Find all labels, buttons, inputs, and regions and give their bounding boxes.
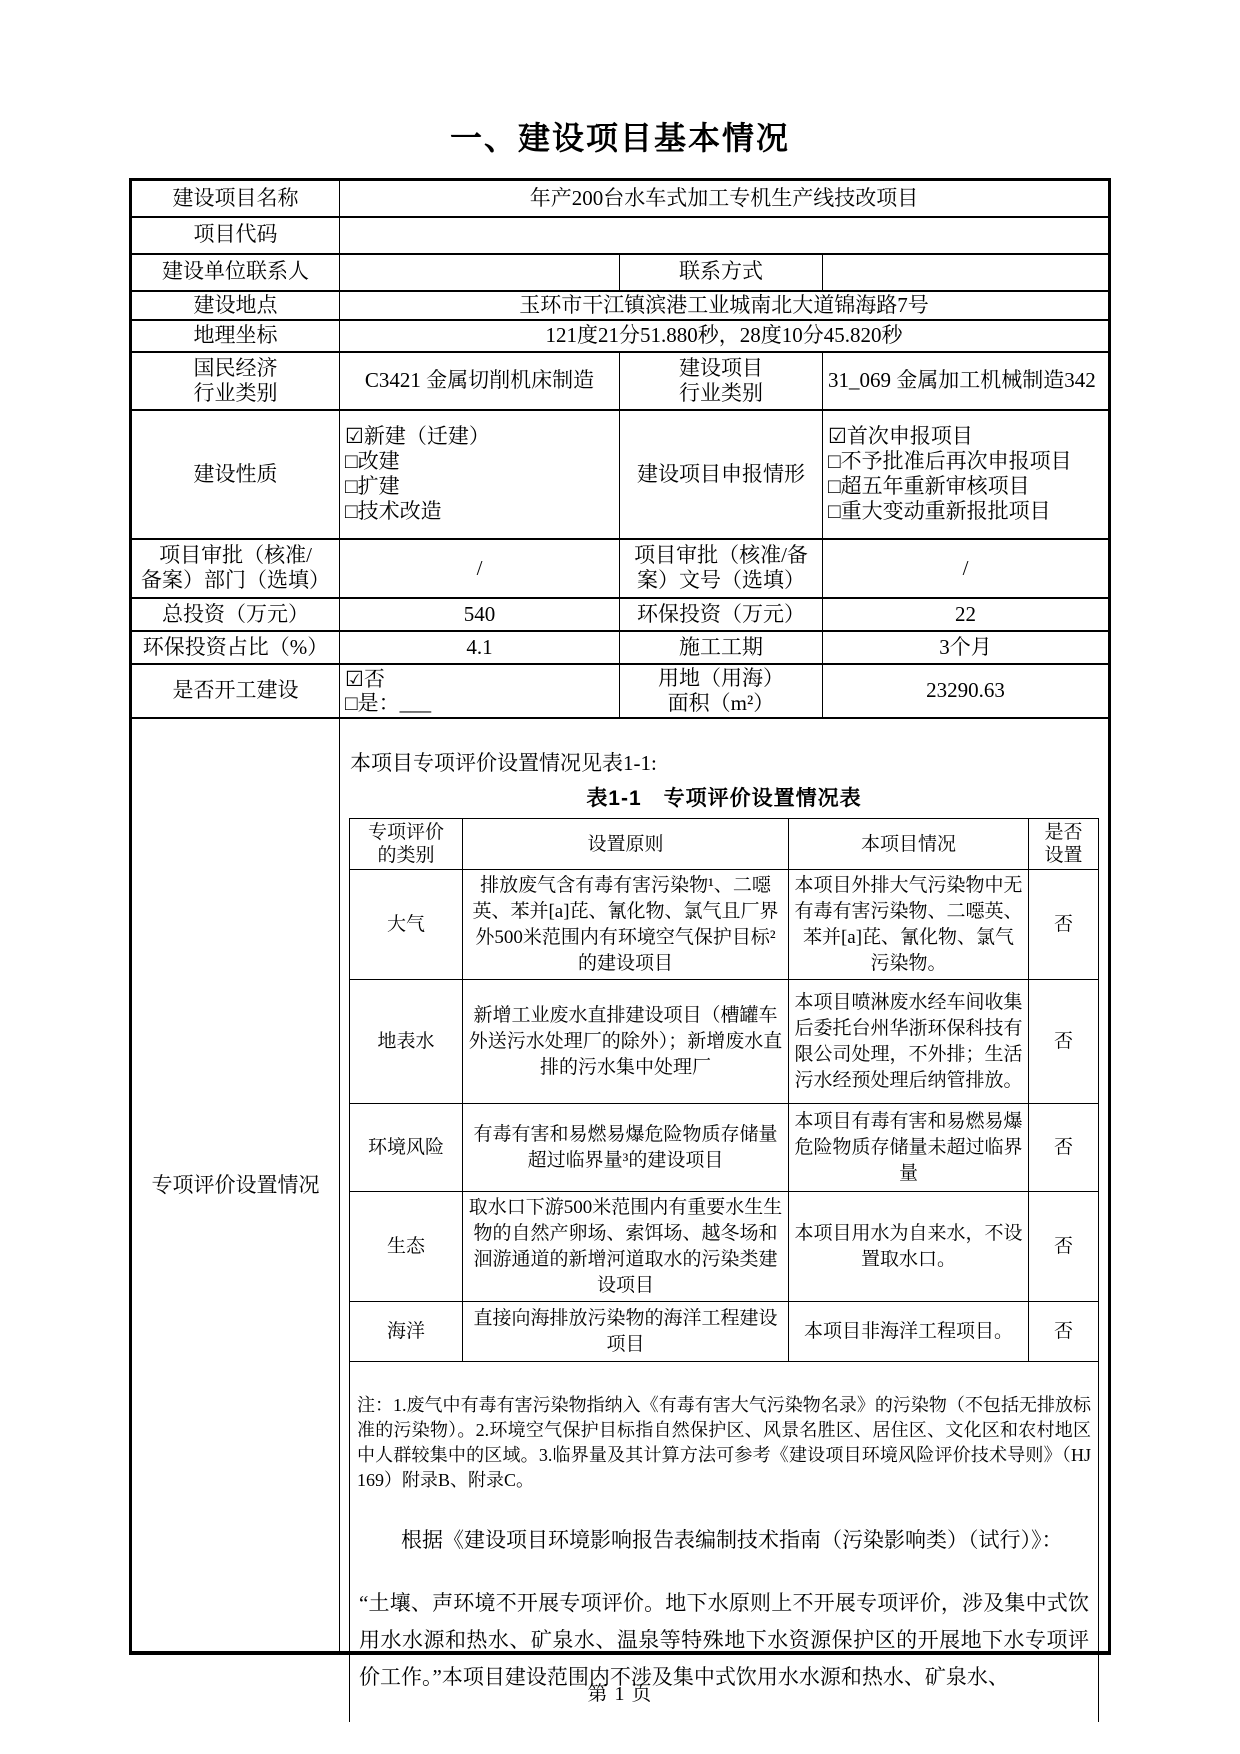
declaration-situation-checkboxes: ☑首次申报项目 □不予批准后再次申报项目 □超五年重新审核项目 □重大变动重新报…: [823, 410, 1110, 539]
is-set-cell: 否: [1029, 1302, 1099, 1362]
special-eval-wrap: 本项目专项评价设置情况见表1-1: 表1-1 专项评价设置情况表 专项评价 的类…: [340, 744, 1108, 1626]
situation-cell: 本项目非海洋工程项目。: [789, 1302, 1029, 1362]
col-header-principle: 设置原则: [463, 819, 789, 870]
situation-cell: 本项目有毒有害和易燃易爆危险物质存储量未超过临界量: [789, 1104, 1029, 1192]
total-investment-label: 总投资（万元）: [131, 598, 340, 631]
project-code-value: [340, 217, 1110, 254]
special-eval-section-label: 专项评价设置情况: [131, 718, 340, 1653]
principle-cell: 新增工业废水直排建设项目（槽罐车外送污水处理厂的除外）；新增废水直排的污水集中处…: [463, 980, 789, 1104]
row-investment: 总投资（万元） 540 环保投资（万元） 22: [131, 598, 1110, 631]
special-eval-table-caption: 表1-1 专项评价设置情况表: [340, 786, 1108, 811]
table-row-ocean: 海洋 直接向海排放污染物的海洋工程建设项目 本项目非海洋工程项目。 否: [350, 1302, 1099, 1362]
row-started-land: 是否开工建设 ☑否 □是：___ 用地（用海） 面积（m²） 23290.63: [131, 664, 1110, 718]
col-header-category: 专项评价 的类别: [350, 819, 463, 870]
situation-cell: 本项目外排大气污染物中无有毒有害污染物、二噁英、苯并[a]芘、氰化物、氯气污染物…: [789, 870, 1029, 980]
situation-cell: 本项目用水为自来水，不设置取水口。: [789, 1192, 1029, 1302]
construction-nature-checkboxes: ☑新建（迁建） □改建 □扩建 □技术改造: [340, 410, 620, 539]
row-special-eval: 专项评价设置情况 本项目专项评价设置情况见表1-1: 表1-1 专项评价设置情况…: [131, 718, 1110, 1653]
approval-doc-no-value: /: [823, 539, 1110, 598]
contact-method-value: [823, 254, 1110, 291]
approval-dept-value: /: [340, 539, 620, 598]
principle-cell: 取水口下游500米范围内有重要水生生物的自然产卵场、索饵场、越冬场和洄游通道的新…: [463, 1192, 789, 1302]
env-investment-ratio-label: 环保投资占比（%）: [131, 631, 340, 664]
row-ratio-period: 环保投资占比（%） 4.1 施工工期 3个月: [131, 631, 1110, 664]
note-and-paragraphs: 注：1.废气中有毒有害污染物指纳入《有毒有害大气污染物名录》的污染物（不包括无排…: [350, 1362, 1099, 1723]
row-construction-nature: 建设性质 ☑新建（迁建） □改建 □扩建 □技术改造 建设项目申报情形 ☑首次申…: [131, 410, 1110, 539]
approval-dept-label: 项目审批（核准/ 备案）部门（选填）: [131, 539, 340, 598]
col-header-is-set: 是否 设置: [1029, 819, 1099, 870]
category-cell: 地表水: [350, 980, 463, 1104]
env-investment-ratio-value: 4.1: [340, 631, 620, 664]
table-row-note: 注：1.废气中有毒有害污染物指纳入《有毒有害大气污染物名录》的污染物（不包括无排…: [350, 1362, 1099, 1723]
table-row-surface-water: 地表水 新增工业废水直排建设项目（槽罐车外送污水处理厂的除外）；新增废水直排的污…: [350, 980, 1099, 1104]
row-project-name: 建设项目名称 年产200台水车式加工专机生产线技改项目: [131, 180, 1110, 217]
category-cell: 大气: [350, 870, 463, 980]
construction-nature-label: 建设性质: [131, 410, 340, 539]
total-investment-value: 540: [340, 598, 620, 631]
special-eval-content: 本项目专项评价设置情况见表1-1: 表1-1 专项评价设置情况表 专项评价 的类…: [340, 718, 1110, 1653]
construction-period-value: 3个月: [823, 631, 1110, 664]
table-note: 注：1.废气中有毒有害污染物指纳入《有毒有害大气污染物名录》的污染物（不包括无排…: [350, 1388, 1098, 1493]
category-cell: 生态: [350, 1192, 463, 1302]
started-construction-checkboxes: ☑否 □是：___: [340, 664, 620, 718]
project-industry-label: 建设项目 行业类别: [620, 352, 823, 410]
principle-cell: 有毒有害和易燃易爆危险物质存储量超过临界量³的建设项目: [463, 1104, 789, 1192]
contact-person-value: [340, 254, 620, 291]
national-industry-value: C3421 金属切削机床制造: [340, 352, 620, 410]
is-set-cell: 否: [1029, 870, 1099, 980]
location-value: 玉环市干江镇滨港工业城南北大道锦海路7号: [340, 291, 1110, 320]
construction-period-label: 施工工期: [620, 631, 823, 664]
row-contact: 建设单位联系人 联系方式: [131, 254, 1110, 291]
page-title: 一、建设项目基本情况: [0, 0, 1240, 160]
started-construction-label: 是否开工建设: [131, 664, 340, 718]
conclusion-paragraph: “土壤、声环境不开展专项评价。地下水原则上不开展专项评价，涉及集中式饮用水水源和…: [359, 1585, 1089, 1696]
principle-cell: 直接向海排放污染物的海洋工程建设项目: [463, 1302, 789, 1362]
col-header-situation: 本项目情况: [789, 819, 1029, 870]
basic-info-table: 建设项目名称 年产200台水车式加工专机生产线技改项目 项目代码 建设单位联系人…: [129, 178, 1111, 1655]
special-eval-intro: 本项目专项评价设置情况见表1-1:: [350, 748, 1108, 778]
principle-cell: 排放废气含有毒有害污染物¹、二噁英、苯并[a]芘、氰化物、氯气且厂界外500米范…: [463, 870, 789, 980]
special-eval-table: 专项评价 的类别 设置原则 本项目情况 是否 设置 大气 排放废气含有毒有害污染…: [349, 818, 1099, 1722]
land-area-label: 用地（用海） 面积（m²）: [620, 664, 823, 718]
declaration-situation-label: 建设项目申报情形: [620, 410, 823, 539]
coordinates-label: 地理坐标: [131, 320, 340, 352]
special-eval-header-row: 专项评价 的类别 设置原则 本项目情况 是否 设置: [350, 819, 1099, 870]
is-set-cell: 否: [1029, 1192, 1099, 1302]
table-row-ecology: 生态 取水口下游500米范围内有重要水生生物的自然产卵场、索饵场、越冬场和洄游通…: [350, 1192, 1099, 1302]
document-page: 一、建设项目基本情况 建设项目名称 年产200台水车式加工专机生产线技改项目 项…: [0, 0, 1240, 1754]
row-project-code: 项目代码: [131, 217, 1110, 254]
category-cell: 环境风险: [350, 1104, 463, 1192]
approval-doc-no-label: 项目审批（核准/备 案）文号（选填）: [620, 539, 823, 598]
project-code-label: 项目代码: [131, 217, 340, 254]
row-location: 建设地点 玉环市干江镇滨港工业城南北大道锦海路7号: [131, 291, 1110, 320]
contact-method-label: 联系方式: [620, 254, 823, 291]
category-cell: 海洋: [350, 1302, 463, 1362]
land-area-value: 23290.63: [823, 664, 1110, 718]
is-set-cell: 否: [1029, 980, 1099, 1104]
row-industry: 国民经济 行业类别 C3421 金属切削机床制造 建设项目 行业类别 31_06…: [131, 352, 1110, 410]
national-industry-label: 国民经济 行业类别: [131, 352, 340, 410]
table-row-air: 大气 排放废气含有毒有害污染物¹、二噁英、苯并[a]芘、氰化物、氯气且厂界外50…: [350, 870, 1099, 980]
situation-cell: 本项目喷淋废水经车间收集后委托台州华浙环保科技有限公司处理，不外排；生活污水经预…: [789, 980, 1029, 1104]
project-industry-value: 31_069 金属加工机械制造342: [823, 352, 1110, 410]
row-approval: 项目审批（核准/ 备案）部门（选填） / 项目审批（核准/备 案）文号（选填） …: [131, 539, 1110, 598]
env-investment-value: 22: [823, 598, 1110, 631]
guideline-paragraph: 根据《建设项目环境影响报告表编制技术指南（污染影响类）（试行）》：: [359, 1522, 1089, 1559]
env-investment-label: 环保投资（万元）: [620, 598, 823, 631]
table-row-env-risk: 环境风险 有毒有害和易燃易爆危险物质存储量超过临界量³的建设项目 本项目有毒有害…: [350, 1104, 1099, 1192]
row-coordinates: 地理坐标 121度21分51.880秒，28度10分45.820秒: [131, 320, 1110, 352]
coordinates-value: 121度21分51.880秒，28度10分45.820秒: [340, 320, 1110, 352]
project-name-label: 建设项目名称: [131, 180, 340, 217]
is-set-cell: 否: [1029, 1104, 1099, 1192]
project-name-value: 年产200台水车式加工专机生产线技改项目: [340, 180, 1110, 217]
location-label: 建设地点: [131, 291, 340, 320]
contact-person-label: 建设单位联系人: [131, 254, 340, 291]
